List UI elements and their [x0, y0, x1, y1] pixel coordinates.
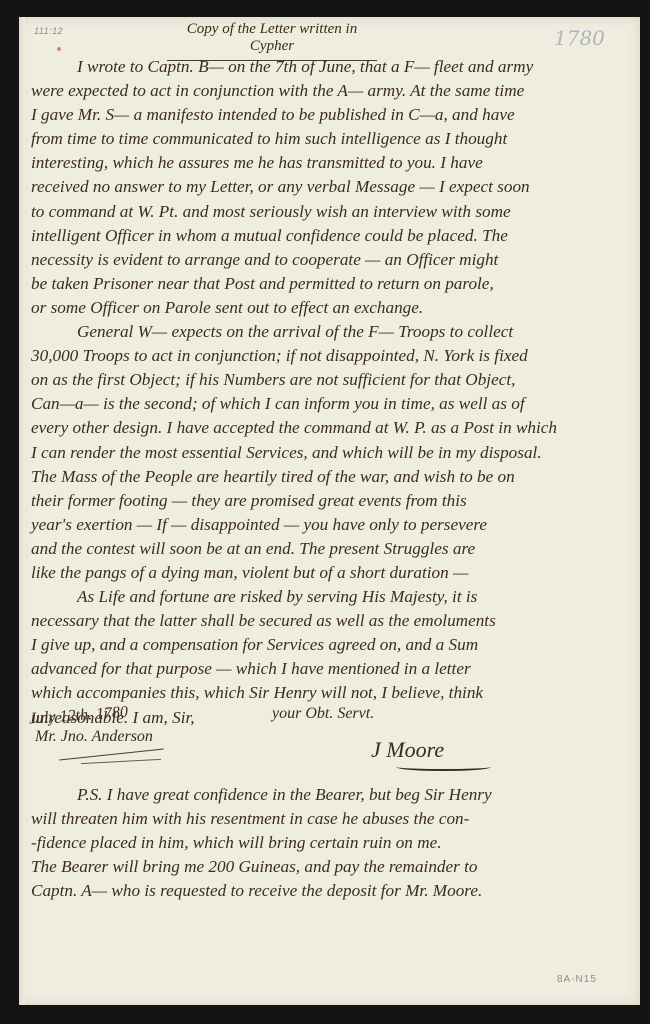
text-line: on as the first Object; if his Numbers a… — [31, 368, 631, 392]
text-line: their former footing — they are promised… — [31, 489, 631, 513]
text-line: which accompanies this, which Sir Henry … — [31, 681, 631, 705]
text-line: Can—a— is the second; of which I can inf… — [31, 392, 631, 416]
text-line: Captn. A— who is requested to receive th… — [31, 879, 631, 903]
addressee: Mr. Jno. Anderson — [35, 728, 153, 746]
manuscript-page: 111:12 1780 Copy of the Letter written i… — [19, 17, 640, 1005]
signature: J Moore — [371, 737, 444, 763]
red-ink-mark — [57, 47, 61, 51]
text-line: -fidence placed in him, which will bring… — [31, 831, 631, 855]
text-line: from time to time communicated to him su… — [31, 127, 631, 151]
text-line: necessary that the latter shall be secur… — [31, 609, 631, 633]
text-line: necessity is evident to arrange and to c… — [31, 248, 631, 272]
text-line: The Mass of the People are heartily tire… — [31, 465, 631, 489]
text-line: to command at W. Pt. and most seriously … — [31, 200, 631, 224]
text-line: I give up, and a compensation for Servic… — [31, 633, 631, 657]
text-line: General W— expects on the arrival of the… — [31, 320, 631, 344]
postscript: P.S. I have great confidence in the Bear… — [31, 783, 631, 903]
text-line: be taken Prisoner near that Post and per… — [31, 272, 631, 296]
text-line: or some Officer on Parole sent out to ef… — [31, 296, 631, 320]
archive-number: 111:12 — [34, 26, 63, 36]
text-line: and the contest will soon be at an end. … — [31, 537, 631, 561]
text-line: I gave Mr. S— a manifesto intended to be… — [31, 103, 631, 127]
pencil-year-annotation: 1780 — [554, 26, 605, 50]
text-line: I wrote to Captn. B— on the 7th of June,… — [31, 55, 631, 79]
text-line: P.S. I have great confidence in the Bear… — [31, 783, 631, 807]
text-line: The Bearer will bring me 200 Guineas, an… — [31, 855, 631, 879]
text-line: year's exertion — If — disappointed — yo… — [31, 513, 631, 537]
text-line: advanced for that purpose — which I have… — [31, 657, 631, 681]
text-line: intelligent Officer in whom a mutual con… — [31, 224, 631, 248]
letter-body: I wrote to Captn. B— on the 7th of June,… — [31, 55, 631, 730]
text-line: I can render the most essential Services… — [31, 441, 631, 465]
signature-flourish — [396, 763, 491, 771]
addressee-underline-flourish — [81, 759, 161, 764]
text-line: As Life and fortune are risked by servin… — [31, 585, 631, 609]
text-line: were expected to act in conjunction with… — [31, 79, 631, 103]
text-line: 30,000 Troops to act in conjunction; if … — [31, 344, 631, 368]
text-line: will threaten him with his resentment in… — [31, 807, 631, 831]
valediction: your Obt. Servt. — [272, 705, 374, 723]
text-line: interesting, which he assures me he has … — [31, 151, 631, 175]
text-line: like the pangs of a dying man, violent b… — [31, 561, 631, 585]
catalog-number: 8A-N15 — [557, 974, 597, 985]
text-line: received no answer to my Letter, or any … — [31, 175, 631, 199]
text-line: every other design. I have accepted the … — [31, 416, 631, 440]
